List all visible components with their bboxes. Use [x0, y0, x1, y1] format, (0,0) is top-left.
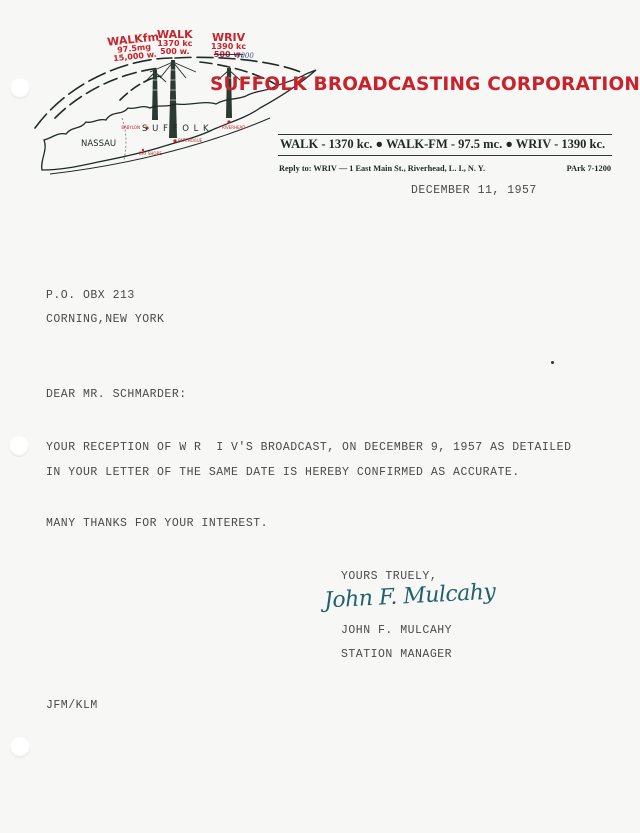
town-label: BAY SHORE	[139, 151, 162, 156]
address-line-2: CORNING,NEW YORK	[46, 313, 164, 326]
closing: YOURS TRUELY,	[341, 570, 437, 583]
town-label: RIVERHEAD	[222, 125, 245, 130]
letter-date: DECEMBER 11, 1957	[411, 184, 537, 197]
reply-address-text: Reply to: WRIV — 1 East Main St., Riverh…	[279, 164, 485, 173]
station-label-walkfm: WALKfm 97.5mg 15,000 w.	[107, 31, 161, 63]
town-label: BABYLON	[121, 125, 140, 130]
signature: John F. Mulcahy	[323, 580, 496, 614]
signer-title: STATION MANAGER	[341, 648, 452, 661]
divider	[278, 134, 612, 135]
typist-initials: JFM/KLM	[46, 699, 98, 712]
frequencies-line: WALK - 1370 kc. ● WALK-FM - 97.5 mc. ● W…	[280, 137, 614, 152]
town-label: PATCHOGUE	[178, 138, 203, 143]
binder-hole-middle	[9, 436, 29, 456]
station-label-walk: WALK 1370 kc 500 w.	[157, 29, 193, 56]
phone-number: PArk 7-1200	[567, 164, 611, 173]
salutation: DEAR MR. SCHMARDER:	[46, 388, 187, 401]
paper-speck	[551, 361, 554, 364]
company-name: SUFFOLK BROADCASTING CORPORATION	[210, 74, 640, 95]
body-line-2: IN YOUR LETTER OF THE SAME DATE IS HEREB…	[46, 466, 520, 479]
address-line-1: P.O. OBX 213	[46, 289, 135, 302]
divider	[278, 155, 612, 156]
reply-address: Reply to: WRIV — 1 East Main St., Riverh…	[279, 164, 613, 173]
suffolk-label: S U F F O L K	[142, 124, 210, 134]
body-line-1: YOUR RECEPTION OF W R I V'S BROADCAST, O…	[46, 441, 571, 454]
handwritten-power-correction: 1000	[236, 52, 254, 60]
nassau-label: NASSAU	[81, 139, 116, 149]
station-power: 500 w.	[157, 48, 193, 56]
body-line-3: MANY THANKS FOR YOUR INTEREST.	[46, 517, 268, 530]
letter-page: NASSAU S U F F O L K BABYLON BAY SHORE P…	[0, 0, 640, 833]
signer-name: JOHN F. MULCAHY	[341, 624, 452, 637]
binder-hole-bottom	[10, 737, 30, 757]
